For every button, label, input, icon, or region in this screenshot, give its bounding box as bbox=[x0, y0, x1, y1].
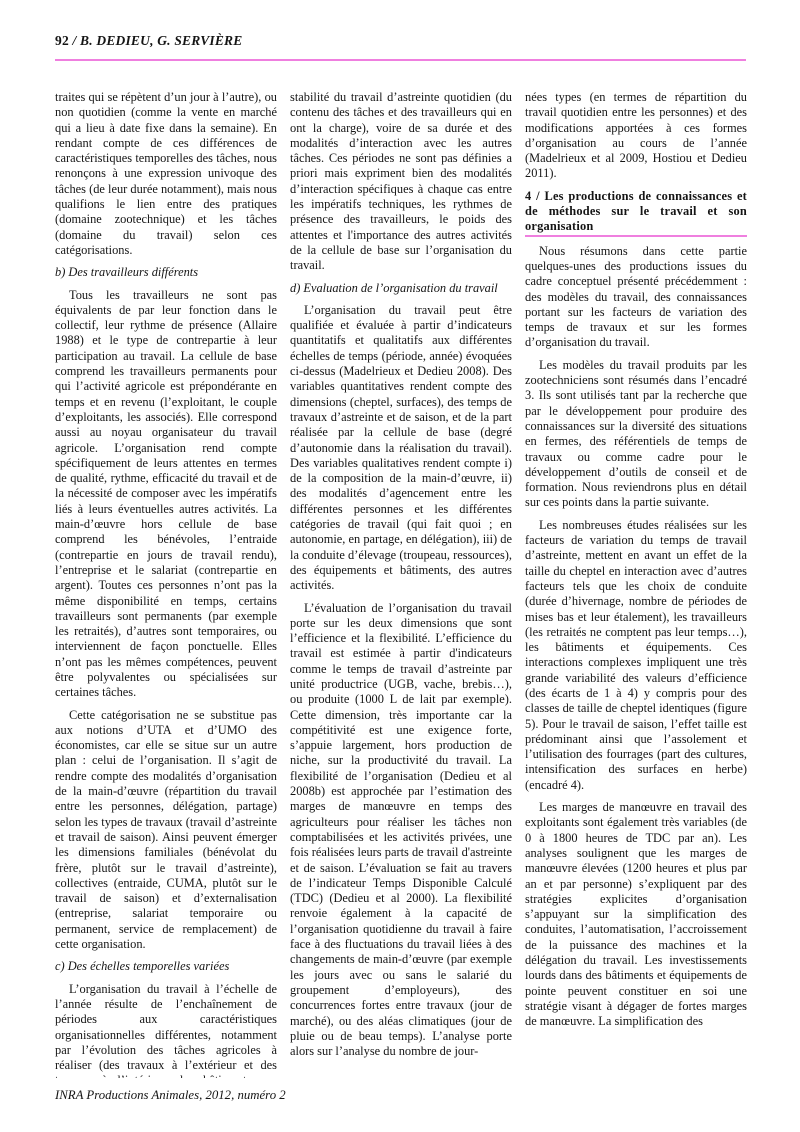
paragraph: L’organisation du travail à l’échelle de… bbox=[55, 982, 277, 1078]
paragraph: stabilité du travail d’astreinte quotidi… bbox=[290, 90, 512, 274]
paragraph: Les marges de manœuvre en travail des ex… bbox=[525, 800, 747, 1029]
subsection-heading-b: b) Des travailleurs différents bbox=[55, 265, 277, 280]
journal-page: 92 / B. DEDIEU, G. SERVIÈRE traites qui … bbox=[0, 0, 800, 1132]
section-heading-4: 4 / Les productions de connaissances et … bbox=[525, 189, 747, 237]
paragraph: traites qui se répètent d’un jour à l’au… bbox=[55, 90, 277, 258]
text-columns: traites qui se répètent d’un jour à l’au… bbox=[55, 90, 747, 1078]
paragraph: nées types (en termes de répartition du … bbox=[525, 90, 747, 182]
paragraph: L’organisation du travail peut être qual… bbox=[290, 303, 512, 594]
paragraph: Nous résumons dans cette partie quelques… bbox=[525, 244, 747, 351]
paragraph: Cette catégorisation ne se substitue pas… bbox=[55, 708, 277, 953]
footer-text: INRA Productions Animales, 2012, numéro … bbox=[55, 1088, 747, 1103]
page-number: 92 bbox=[55, 33, 69, 48]
column-1: traites qui se répètent d’un jour à l’au… bbox=[55, 90, 277, 1078]
column-3: nées types (en termes de répartition du … bbox=[525, 90, 747, 1078]
running-head-authors: / B. DEDIEU, G. SERVIÈRE bbox=[72, 33, 242, 48]
header-rule bbox=[55, 59, 746, 61]
subsection-heading-d: d) Evaluation de l’organisation du trava… bbox=[290, 281, 512, 296]
subsection-heading-c: c) Des échelles temporelles variées bbox=[55, 959, 277, 974]
paragraph: L’évaluation de l’organisation du travai… bbox=[290, 601, 512, 1060]
paragraph: Les nombreuses études réalisées sur les … bbox=[525, 518, 747, 793]
paragraph: Les modèles du travail produits par les … bbox=[525, 358, 747, 511]
running-head: 92 / B. DEDIEU, G. SERVIÈRE bbox=[55, 33, 747, 49]
column-2: stabilité du travail d’astreinte quotidi… bbox=[290, 90, 512, 1078]
paragraph: Tous les travailleurs ne sont pas équiva… bbox=[55, 288, 277, 701]
